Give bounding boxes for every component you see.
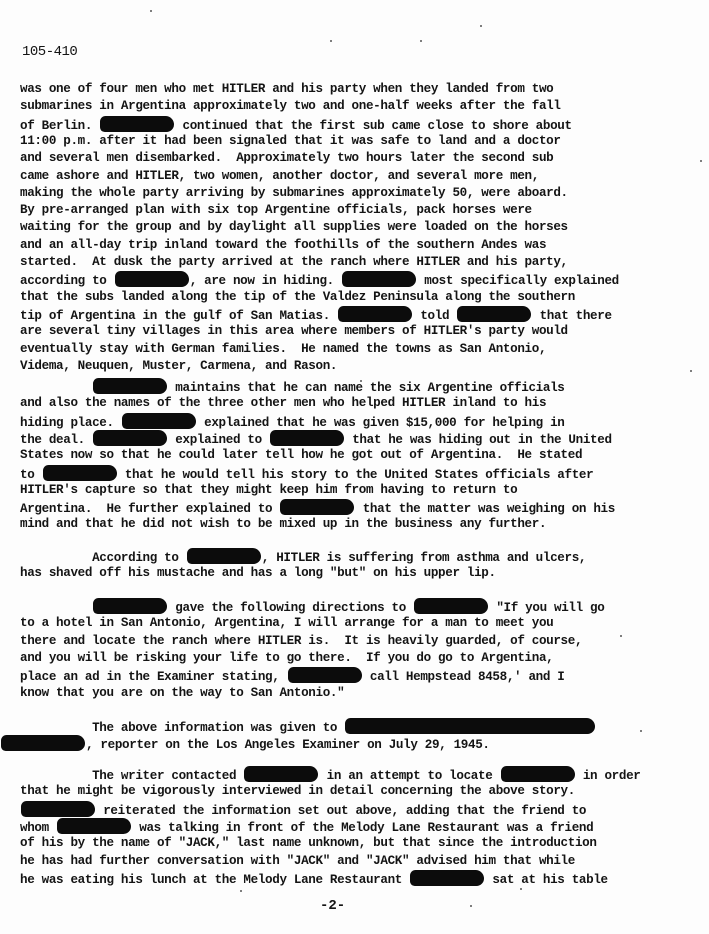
redaction-block [338,306,412,322]
text-line: to that he would tell his story to the U… [20,465,593,483]
text-line: hiding place. explained that he was give… [20,413,565,431]
scan-speck [330,40,332,42]
redaction-block [21,801,95,817]
redaction-block [410,870,484,886]
redaction-block [280,499,354,515]
text-line: , reporter on the Los Angeles Examiner o… [0,735,490,753]
text-line: has shaved off his mustache and has a lo… [20,565,496,581]
text-line: according to , are now in hiding. most s… [20,271,619,289]
redaction-block [1,735,85,751]
text-line: to a hotel in San Antonio, Argentina, I … [20,615,553,631]
text-line: waiting for the group and by daylight al… [20,219,568,235]
redaction-block [93,378,167,394]
text-line: HITLER's capture so that they might keep… [20,482,517,498]
text-line: whom was talking in front of the Melody … [20,818,593,836]
scan-speck [150,10,152,12]
redaction-block [345,718,595,734]
text-line: he was eating his lunch at the Melody La… [20,870,608,888]
text-line: According to , HITLER is suffering from … [20,548,586,566]
redaction-block [100,116,174,132]
scan-speck [640,730,642,732]
text-line: submarines in Argentina approximately tw… [20,98,561,114]
text-line: tip of Argentina in the gulf of San Mati… [20,306,612,324]
redaction-block [270,430,344,446]
text-line: By pre-arranged plan with six top Argent… [20,202,532,218]
redaction-block [457,306,531,322]
text-line: mind and that he did not wish to be mixe… [20,516,546,532]
scan-speck [240,890,242,892]
text-line: Videma, Neuquen, Muster, Carmena, and Ra… [20,358,337,374]
scan-speck [700,160,702,162]
redaction-block [57,818,131,834]
text-line: know that you are on the way to San Anto… [20,685,344,701]
scan-speck [480,25,482,27]
redaction-block [43,465,117,481]
text-line: there and locate the ranch where HITLER … [20,633,582,649]
text-line: he has had further conversation with "JA… [20,853,575,869]
redaction-block [115,271,189,287]
text-line: and several men disembarked. Approximate… [20,150,553,166]
redaction-block [414,598,488,614]
text-line: The writer contacted in an attempt to lo… [20,766,641,784]
text-line: maintains that he can name the six Argen… [20,378,565,396]
scan-speck [520,888,522,890]
redaction-block [187,548,261,564]
text-line: eventually stay with German families. He… [20,341,546,357]
text-line: of his by the name of "JACK," last name … [20,835,597,851]
scan-speck [620,635,622,637]
redaction-block [288,667,362,683]
text-line: and also the names of the three other me… [20,395,546,411]
page-number: -2- [320,898,345,914]
text-line: gave the following directions to "If you… [20,598,604,616]
redaction-block [501,766,575,782]
text-line: the deal. explained to that he was hidin… [20,430,612,448]
text-line: 11:00 p.m. after it had been signaled th… [20,133,561,149]
scan-speck [690,370,692,372]
redaction-block [93,430,167,446]
scan-speck [420,40,422,42]
redaction-block [342,271,416,287]
text-line: The above information was given to [20,718,596,736]
text-line: and an all-day trip inland toward the fo… [20,237,546,253]
scan-speck [470,905,472,907]
redaction-block [93,598,167,614]
text-line: came ashore and HITLER, two women, anoth… [20,168,539,184]
text-line: was one of four men who met HITLER and h… [20,81,553,97]
text-line: Argentina. He further explained to that … [20,499,615,517]
text-line: that he might be vigorously interviewed … [20,783,575,799]
text-line: started. At dusk the party arrived at th… [20,254,568,270]
text-line: place an ad in the Examiner stating, cal… [20,667,565,685]
text-line: and you will be risking your life to go … [20,650,553,666]
redaction-block [122,413,196,429]
file-number: 105-410 [22,44,77,60]
text-line: that the subs landed along the tip of th… [20,289,575,305]
document-page: 105-410 was one of four men who met HITL… [0,0,709,934]
text-line: of Berlin. continued that the first sub … [20,116,572,134]
redaction-block [244,766,318,782]
scan-speck [360,380,362,382]
text-line: are several tiny villages in this area w… [20,323,568,339]
text-line: making the whole party arriving by subma… [20,185,568,201]
text-line: reiterated the information set out above… [20,801,586,819]
text-line: States now so that he could later tell h… [20,447,582,463]
